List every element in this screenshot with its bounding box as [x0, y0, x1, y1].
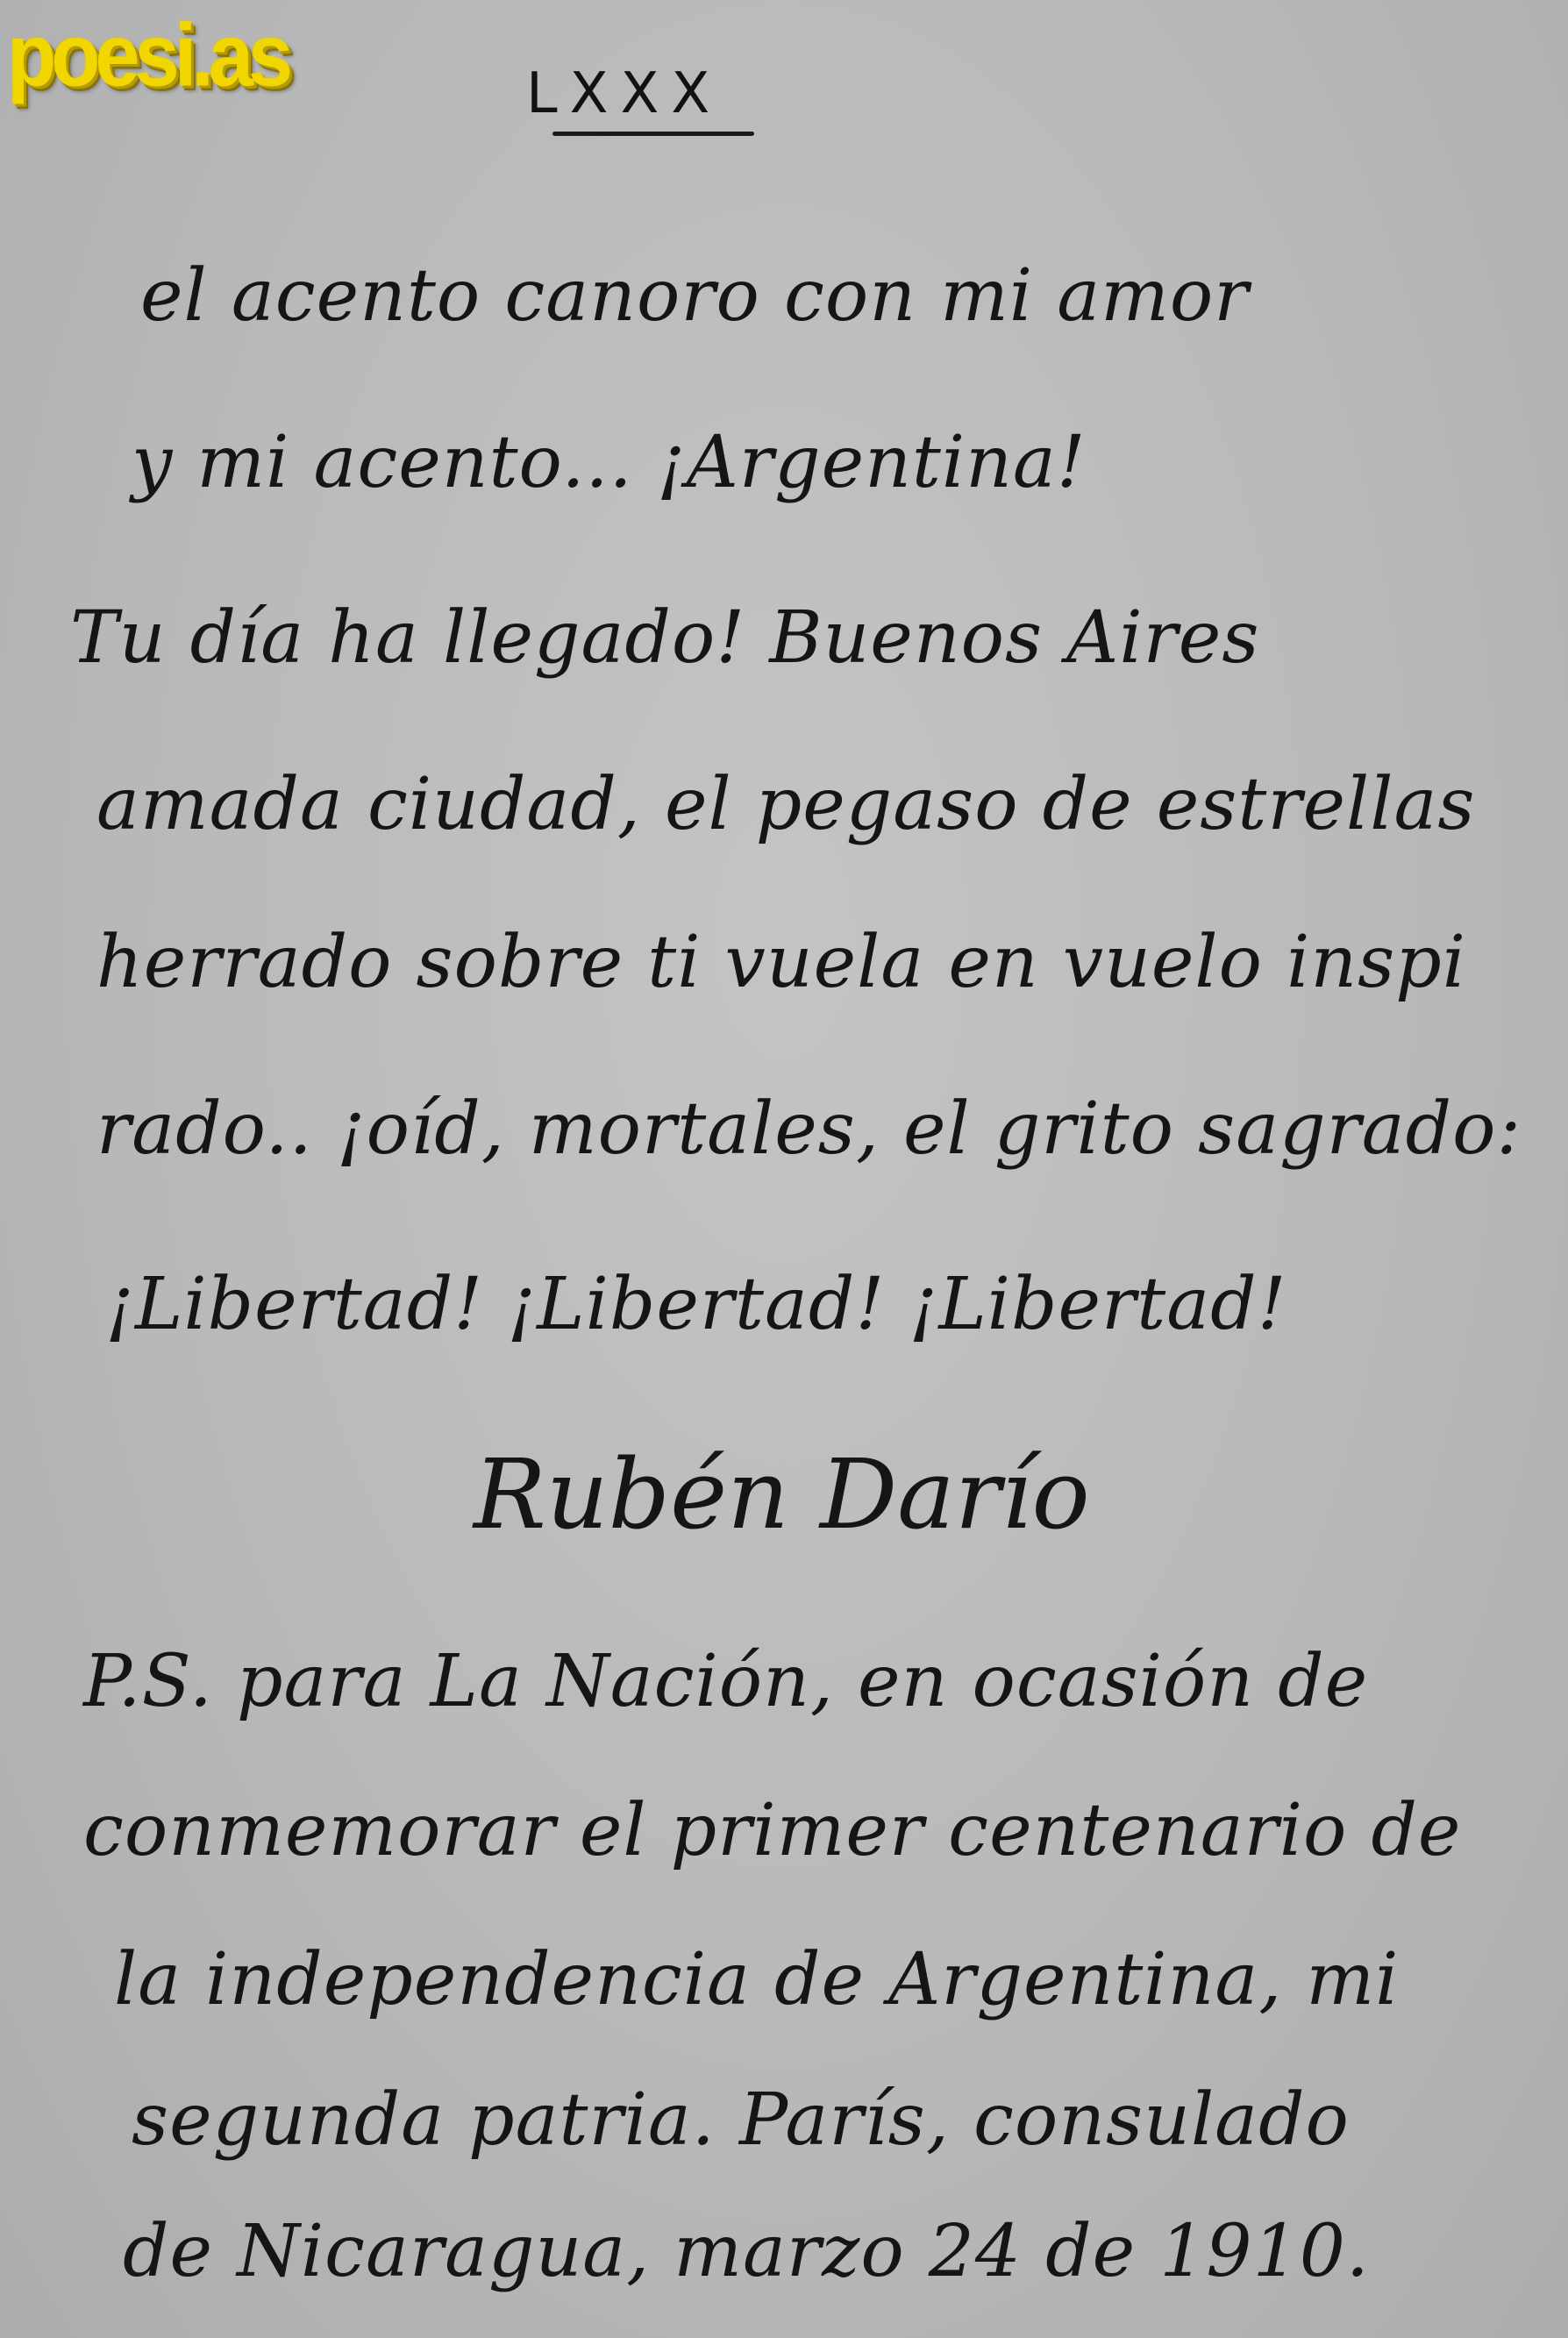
poem-line: herrado sobre ti vuela en vuelo inspi [96, 921, 1466, 1004]
poem-line: amada ciudad, el pegaso de estrellas [96, 763, 1475, 846]
postscript-line: la independencia de Argentina, mi [114, 1938, 1399, 2021]
poem-line: Tu día ha llegado! Buenos Aires [70, 596, 1259, 680]
poem-line: ¡Libertad! ¡Libertad! ¡Libertad! [105, 1263, 1287, 1346]
chapter-numeral: LXXX [526, 61, 722, 126]
poem-line: el acento canoro con mi amor [140, 254, 1249, 338]
watermark-logo: poesi.as [7, 5, 288, 107]
postscript-line: P.S. para La Nación, en ocasión de [83, 1640, 1368, 1723]
chapter-underline [552, 132, 754, 136]
poem-line: y mi acento... ¡Argentina! [132, 421, 1087, 504]
postscript-line: de Nicaragua, marzo 24 de 1910. [123, 2210, 1370, 2293]
postscript-line: conmemorar el primer centenario de [83, 1789, 1461, 1872]
postscript-line: segunda patria. París, consulado [132, 2078, 1350, 2162]
signature: Rubén Darío [474, 1438, 1090, 1550]
poem-line: rado.. ¡oíd, mortales, el grito sagrado: [96, 1087, 1522, 1171]
